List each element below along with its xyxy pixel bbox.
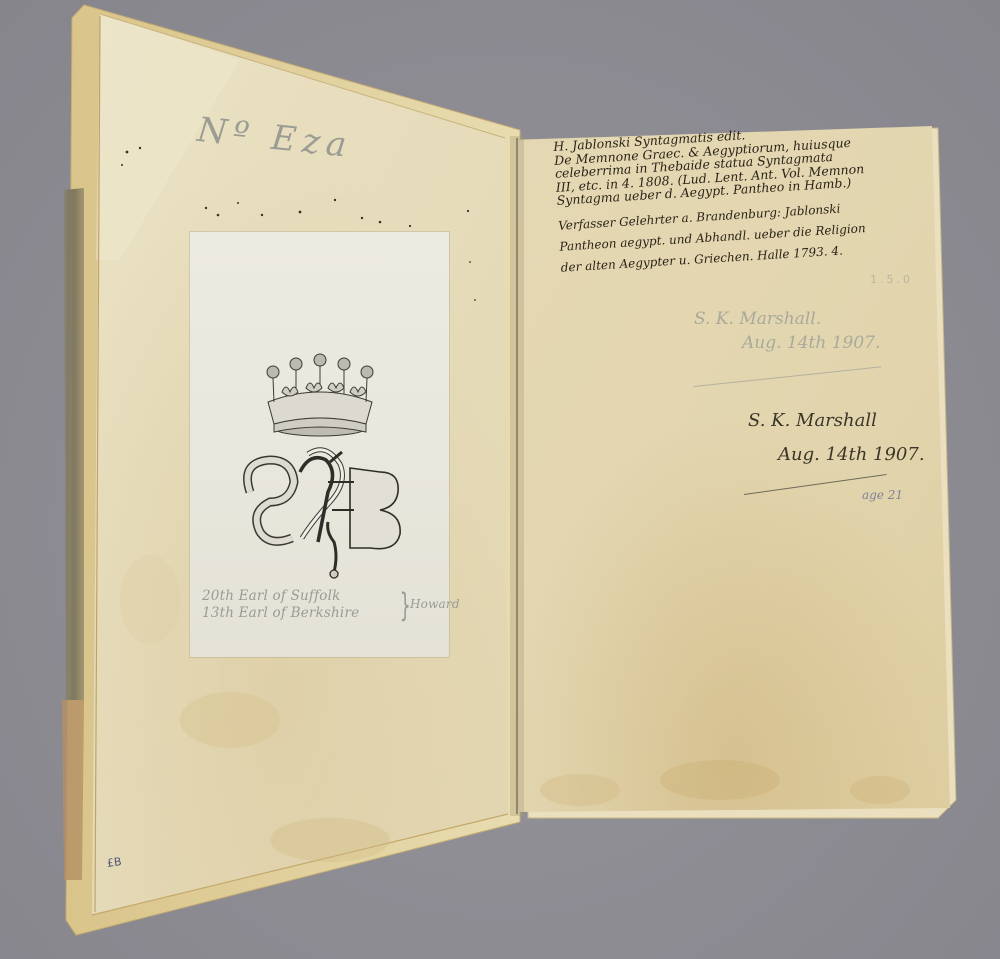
pencil-shelfmark: Nº Eza: [195, 110, 354, 166]
pencil-signature: S. K. Marshall. Aug. 14th 1907.: [694, 307, 880, 355]
ink-signature-name: S. K. Marshall: [748, 410, 877, 431]
corner-pencil-mark: £B: [106, 855, 122, 870]
pencil-price: 1.5.0: [870, 273, 913, 286]
ink-signature-date: Aug. 14th 1907.: [748, 438, 925, 472]
coronet-monogram-icon: [230, 342, 410, 582]
family-name: Howard: [410, 596, 460, 613]
pencil-underline: [694, 366, 881, 387]
age-note: age 21: [862, 488, 903, 502]
handwritten-ink-notes: H. Jablonski Syntagmatis edit. De Memnon…: [553, 117, 941, 278]
bookplate-caption: 20th Earl of Suffolk 13th Earl of Berksh…: [202, 588, 447, 622]
pencil-signature-name: S. K. Marshall.: [694, 309, 821, 329]
book-photograph: Nº Eza £B: [0, 0, 1000, 959]
pencil-signature-date: Aug. 14th 1907.: [694, 331, 880, 355]
armorial-bookplate: 20th Earl of Suffolk 13th Earl of Berksh…: [190, 232, 449, 657]
ink-signature: S. K. Marshall Aug. 14th 1907.: [748, 404, 925, 472]
